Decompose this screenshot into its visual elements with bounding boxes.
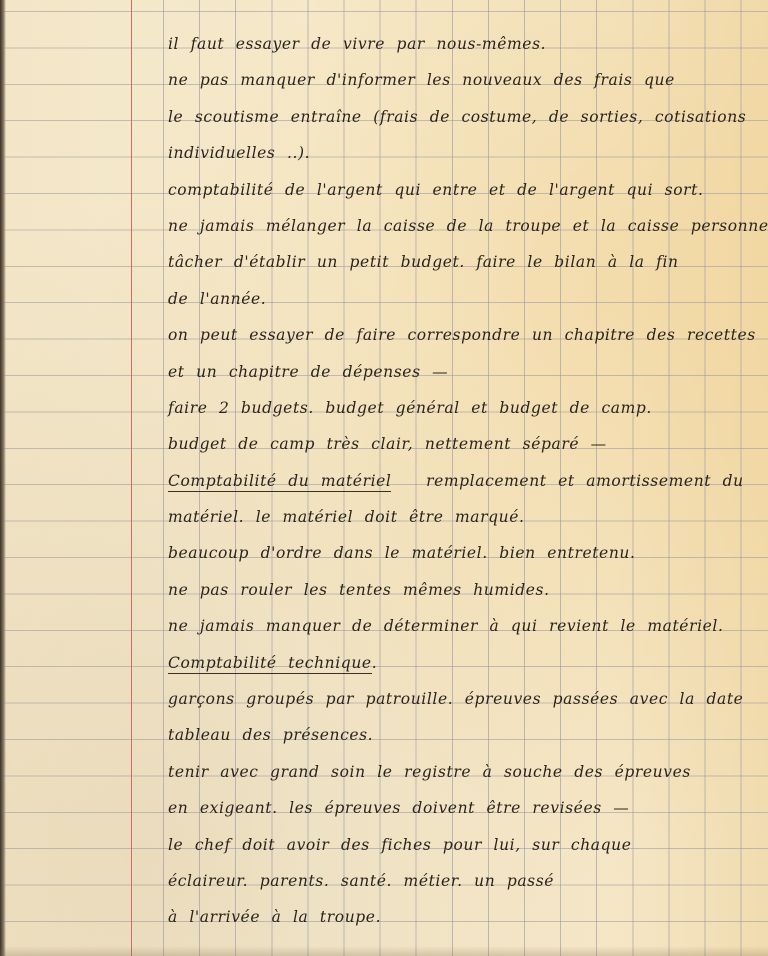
handwritten-text-block: il faut essayer de vivre par nous-mêmes.… [168,26,758,936]
text-line: éclaireur. parents. santé. métier. un pa… [168,863,758,899]
text-line: le chef doit avoir des fiches pour lui, … [168,827,758,863]
section-heading-line: Comptabilité du matériel remplacement et… [168,463,758,499]
text-line: comptabilité de l'argent qui entre et de… [168,172,758,208]
text-line: beaucoup d'ordre dans le matériel. bien … [168,535,758,571]
text-line: individuelles ..). [168,135,758,171]
text-line: faire 2 budgets. budget général et budge… [168,390,758,426]
text-line: de l'année. [168,281,758,317]
text-line: ne pas rouler les tentes mêmes humides. [168,572,758,608]
text-line: ne jamais mélanger la caisse de la troup… [168,208,758,244]
page-binding-edge [0,0,6,956]
section-heading-materiel: Comptabilité du matériel [168,472,391,492]
text-line: et un chapitre de dépenses — [168,354,758,390]
section-heading-line: Comptabilité technique. [168,645,758,681]
text-line: budget de camp très clair, nettement sép… [168,426,758,462]
text-line: à l'arrivée à la troupe. [168,899,758,935]
text-line: tenir avec grand soin le registre à souc… [168,754,758,790]
text-line: tableau des présences. [168,717,758,753]
text-line: on peut essayer de faire correspondre un… [168,317,758,353]
notebook-page: il faut essayer de vivre par nous-mêmes.… [0,0,768,956]
text-line: le scoutisme entraîne (frais de costume,… [168,99,758,135]
text-line: en exigeant. les épreuves doivent être r… [168,790,758,826]
text-line: il faut essayer de vivre par nous-mêmes. [168,26,758,62]
page-bottom-shadow [0,946,768,956]
text-line: garçons groupés par patrouille. épreuves… [168,681,758,717]
section-heading-technique: Comptabilité technique [168,654,372,674]
text-line: ne pas manquer d'informer les nouveaux d… [168,62,758,98]
text-line: tâcher d'établir un petit budget. faire … [168,244,758,280]
red-margin-line [131,0,132,956]
text-line: matériel. le matériel doit être marqué. [168,499,758,535]
text-line: ne jamais manquer de déterminer à qui re… [168,608,758,644]
